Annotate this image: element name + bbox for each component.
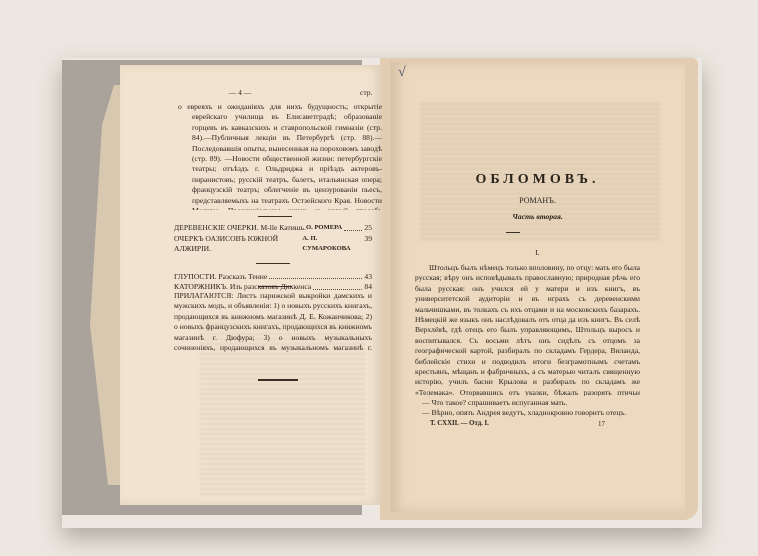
checkmark-annotation: √ [398, 65, 406, 81]
ornament-divider [258, 379, 298, 381]
divider [258, 216, 292, 217]
divider [258, 286, 292, 287]
chapter-body: Штольцъ былъ нѣмецъ только вполовину, по… [415, 263, 640, 396]
genre-label: РОМАНЪ. [390, 196, 685, 206]
page-number-right: 17 [598, 419, 605, 429]
dialogue-line: — Что такое? спрашиваетъ испуганная мать… [422, 398, 642, 408]
contents-continuation: о евреяхъ и ожиданіяхъ для нихъ будущнос… [178, 102, 382, 210]
novel-title: ОБЛОМОВЪ. [390, 172, 685, 188]
page-number-left: — 4 — [140, 88, 340, 98]
signature-mark: Т. CXXII. — Отд. I. [430, 419, 489, 429]
toc-row[interactable]: ОЧЕРКЪ ОАЗИСОВЪ ЮЖНОЙ АЛЖИРІИ.А. П. СУМА… [174, 234, 372, 255]
part-label: Часть вторая. [390, 212, 685, 222]
divider [256, 263, 290, 264]
divider [506, 232, 520, 233]
chapter-number: I. [390, 248, 685, 258]
corner-label: стр. [360, 88, 372, 98]
toc-row[interactable]: ДЕРЕВЕНСКІЕ ОЧЕРКИ. М-lle Катишь.О. РОМЕ… [174, 223, 372, 234]
table-of-contents: ДЕРЕВЕНСКІЕ ОЧЕРКИ. М-lle Катишь.О. РОМЕ… [174, 223, 372, 293]
supplements-text: ПРИЛАГАЮТСЯ: Листъ парижской выкройки да… [174, 291, 372, 353]
dialogue-line: — Вѣрно, опять Андрея ведутъ, хладнокров… [422, 408, 647, 418]
toc-row[interactable]: ГЛУПОСТИ. Разсказъ Теннe43 [174, 272, 372, 283]
